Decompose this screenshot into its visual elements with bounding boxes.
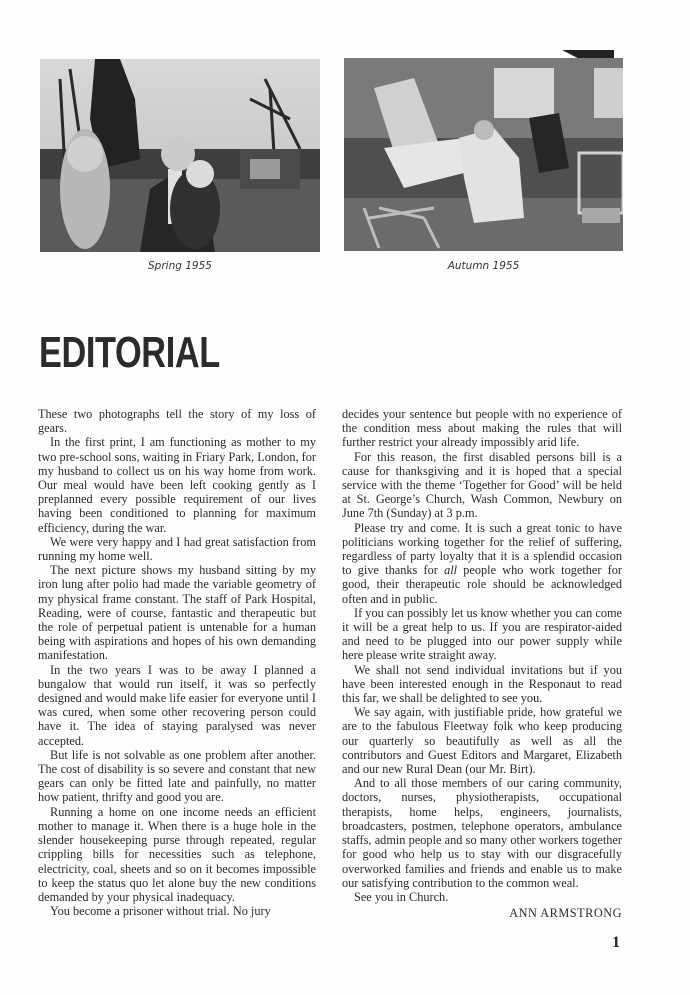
paragraph: We say again, with justifiable pride, ho… — [342, 705, 622, 776]
paragraph: We were very happy and I had great satis… — [38, 535, 316, 563]
paragraph: For this reason, the first disabled pers… — [342, 450, 622, 521]
paragraph: decides your sentence but people with no… — [342, 407, 622, 450]
paragraph: Please try and come. It is such a great … — [342, 521, 622, 606]
text-column-left: These two photographs tell the story of … — [38, 407, 316, 918]
hospital-photo-image — [344, 58, 623, 251]
page-number: 1 — [612, 934, 620, 952]
paragraph: See you in Church. — [342, 890, 622, 904]
paragraph: But life is not solvable as one problem … — [38, 748, 316, 805]
photo-spring-1955 — [40, 59, 320, 252]
park-photo-image — [40, 59, 320, 252]
paragraph: In the two years I was to be away I plan… — [38, 663, 316, 748]
page-title: EDITORIAL — [39, 327, 220, 379]
paragraph: And to all those members of our caring c… — [342, 776, 622, 890]
paragraph: We shall not send individual invitations… — [342, 663, 622, 706]
text-column-right: decides your sentence but people with no… — [342, 407, 622, 920]
emphasized-word: all — [444, 563, 457, 577]
paragraph: The next picture shows my husband sittin… — [38, 563, 316, 662]
paragraph: You become a prisoner without trial. No … — [38, 904, 316, 918]
print-corner-mark — [562, 50, 614, 58]
photo-caption-autumn: Autumn 1955 — [344, 260, 623, 272]
paragraph: Running a home on one income needs an ef… — [38, 805, 316, 904]
photo-caption-spring: Spring 1955 — [40, 260, 320, 272]
paragraph: In the first print, I am functioning as … — [38, 435, 316, 534]
paragraph: These two photographs tell the story of … — [38, 407, 316, 435]
photo-autumn-1955 — [344, 58, 623, 251]
author-signature: ANN ARMSTRONG — [342, 906, 622, 920]
paragraph: If you can possibly let us know whether … — [342, 606, 622, 663]
